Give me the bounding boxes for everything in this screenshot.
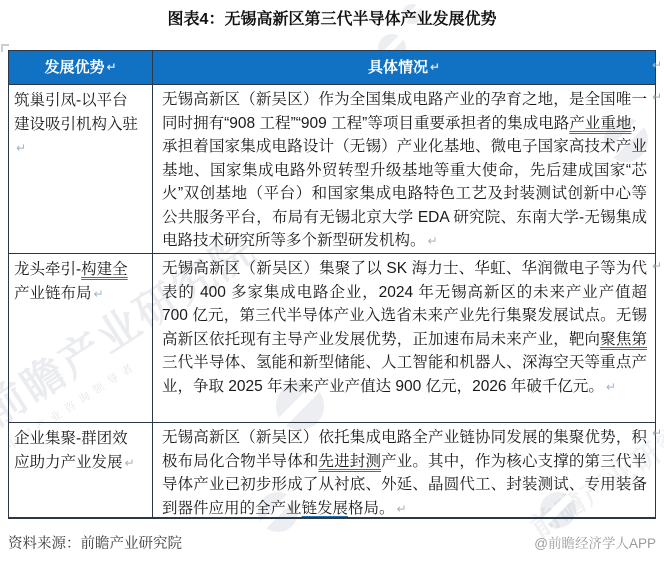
header-cell-advantage: 发展优势↵	[9, 51, 153, 84]
table-row: 龙头牵引-构建全产业链布局↵ 无锡高新区（新吴区）集聚了以 SK 海力士、华虹、…	[9, 253, 655, 422]
row-end-mark-icon: ↵	[652, 58, 662, 72]
cell-end-mark-icon: ↵	[16, 141, 26, 155]
advantage-cell: 龙头牵引-构建全产业链布局↵	[9, 254, 153, 422]
text-run: 三代半导体、氢能和新型储能、人工智能和机器人、深海空天等重点产业，争取 2025…	[162, 354, 647, 395]
detail-cell: 无锡高新区（新吴区）依托集成电路全产业链协同发展的集聚优势，积极布局化合物半导体…	[153, 423, 655, 517]
document-page: 前瞻产业研究院 中国产业咨询领导者 前瞻产业研究院 图表4：无锡高新区第三代半导…	[0, 0, 664, 561]
credit-label: @前瞻经济学人APP	[534, 532, 656, 552]
figure-title: 图表4：无锡高新区第三代半导体产业发展优势	[0, 6, 664, 29]
text-run: 企业集聚-群团效	[14, 430, 128, 447]
detail-cell: 无锡高新区（新吴区）作为全国集成电路产业的孕育之地，是全国唯一同时拥有“908 …	[153, 85, 655, 253]
cell-end-mark-icon: ↵	[428, 234, 438, 248]
source-label: 资料来源：前瞻产业研究院	[8, 532, 182, 553]
grammar-flagged-text: 聚焦第	[600, 331, 647, 348]
text-run: 发展优势	[44, 56, 104, 80]
cell-end-mark-icon: ↵	[397, 502, 407, 516]
text-run: 无锡高新区（新吴区）集聚了以 SK 海力士、华虹、华润微电子等为代表的 400 …	[162, 260, 647, 348]
table-row: 筑巢引凤-以平台建设吸引机构入驻↵ 无锡高新区（新吴区）作为全国集成电路产业的孕…	[9, 84, 655, 253]
grammar-flagged-text: 产业重地	[569, 115, 631, 132]
grammar-flagged-text: 先进封测	[319, 453, 382, 470]
advantage-cell: 筑巢引凤-以平台建设吸引机构入驻↵	[9, 85, 153, 253]
header-cell-detail: 具体情况↵	[153, 51, 655, 84]
row-end-mark-icon: ↵	[652, 259, 662, 273]
cell-end-mark-icon: ↵	[125, 456, 135, 470]
advantage-cell: 企业集聚-群团效应助力产业发展↵	[9, 423, 153, 517]
text-run: 建设吸引机构入驻	[14, 116, 138, 133]
detail-cell: 无锡高新区（新吴区）集聚了以 SK 海力士、华虹、华润微电子等为代表的 400 …	[153, 254, 655, 422]
text-run: 格局。	[348, 500, 395, 517]
text-run: ，承担着国家集成电路设计（无锡）产业化基地、微电子国家高技术产业基地、国家集成电…	[162, 115, 647, 250]
grammar-flagged-text: 链发展	[302, 500, 349, 517]
cell-end-mark-icon: ↵	[606, 380, 616, 394]
footer: 资料来源：前瞻产业研究院 @前瞻经济学人APP	[8, 532, 656, 553]
cell-end-mark-icon: ↵	[430, 56, 440, 80]
text-run: 具体情况	[368, 56, 428, 80]
text-run: 应助力产业发展	[14, 454, 123, 471]
text-run: 筑巢引凤-以平台	[14, 92, 128, 109]
advantages-table: 发展优势↵ 具体情况↵ 筑巢引凤-以平台建设吸引机构入驻↵ 无锡高新区（新吴区）…	[8, 50, 656, 519]
row-end-mark-icon: ↵	[652, 90, 662, 104]
row-end-mark-icon: ↵	[652, 426, 662, 440]
cell-end-mark-icon: ↵	[106, 56, 116, 80]
text-run: 龙头牵引-	[14, 261, 81, 278]
grammar-flagged-text: 构建全	[81, 261, 128, 278]
text-run: 产业链布局	[14, 285, 92, 302]
table-header-row: 发展优势↵ 具体情况↵	[9, 51, 655, 84]
cell-end-mark-icon: ↵	[94, 287, 104, 301]
table-row: 企业集聚-群团效应助力产业发展↵ 无锡高新区（新吴区）依托集成电路全产业链协同发…	[9, 422, 655, 517]
